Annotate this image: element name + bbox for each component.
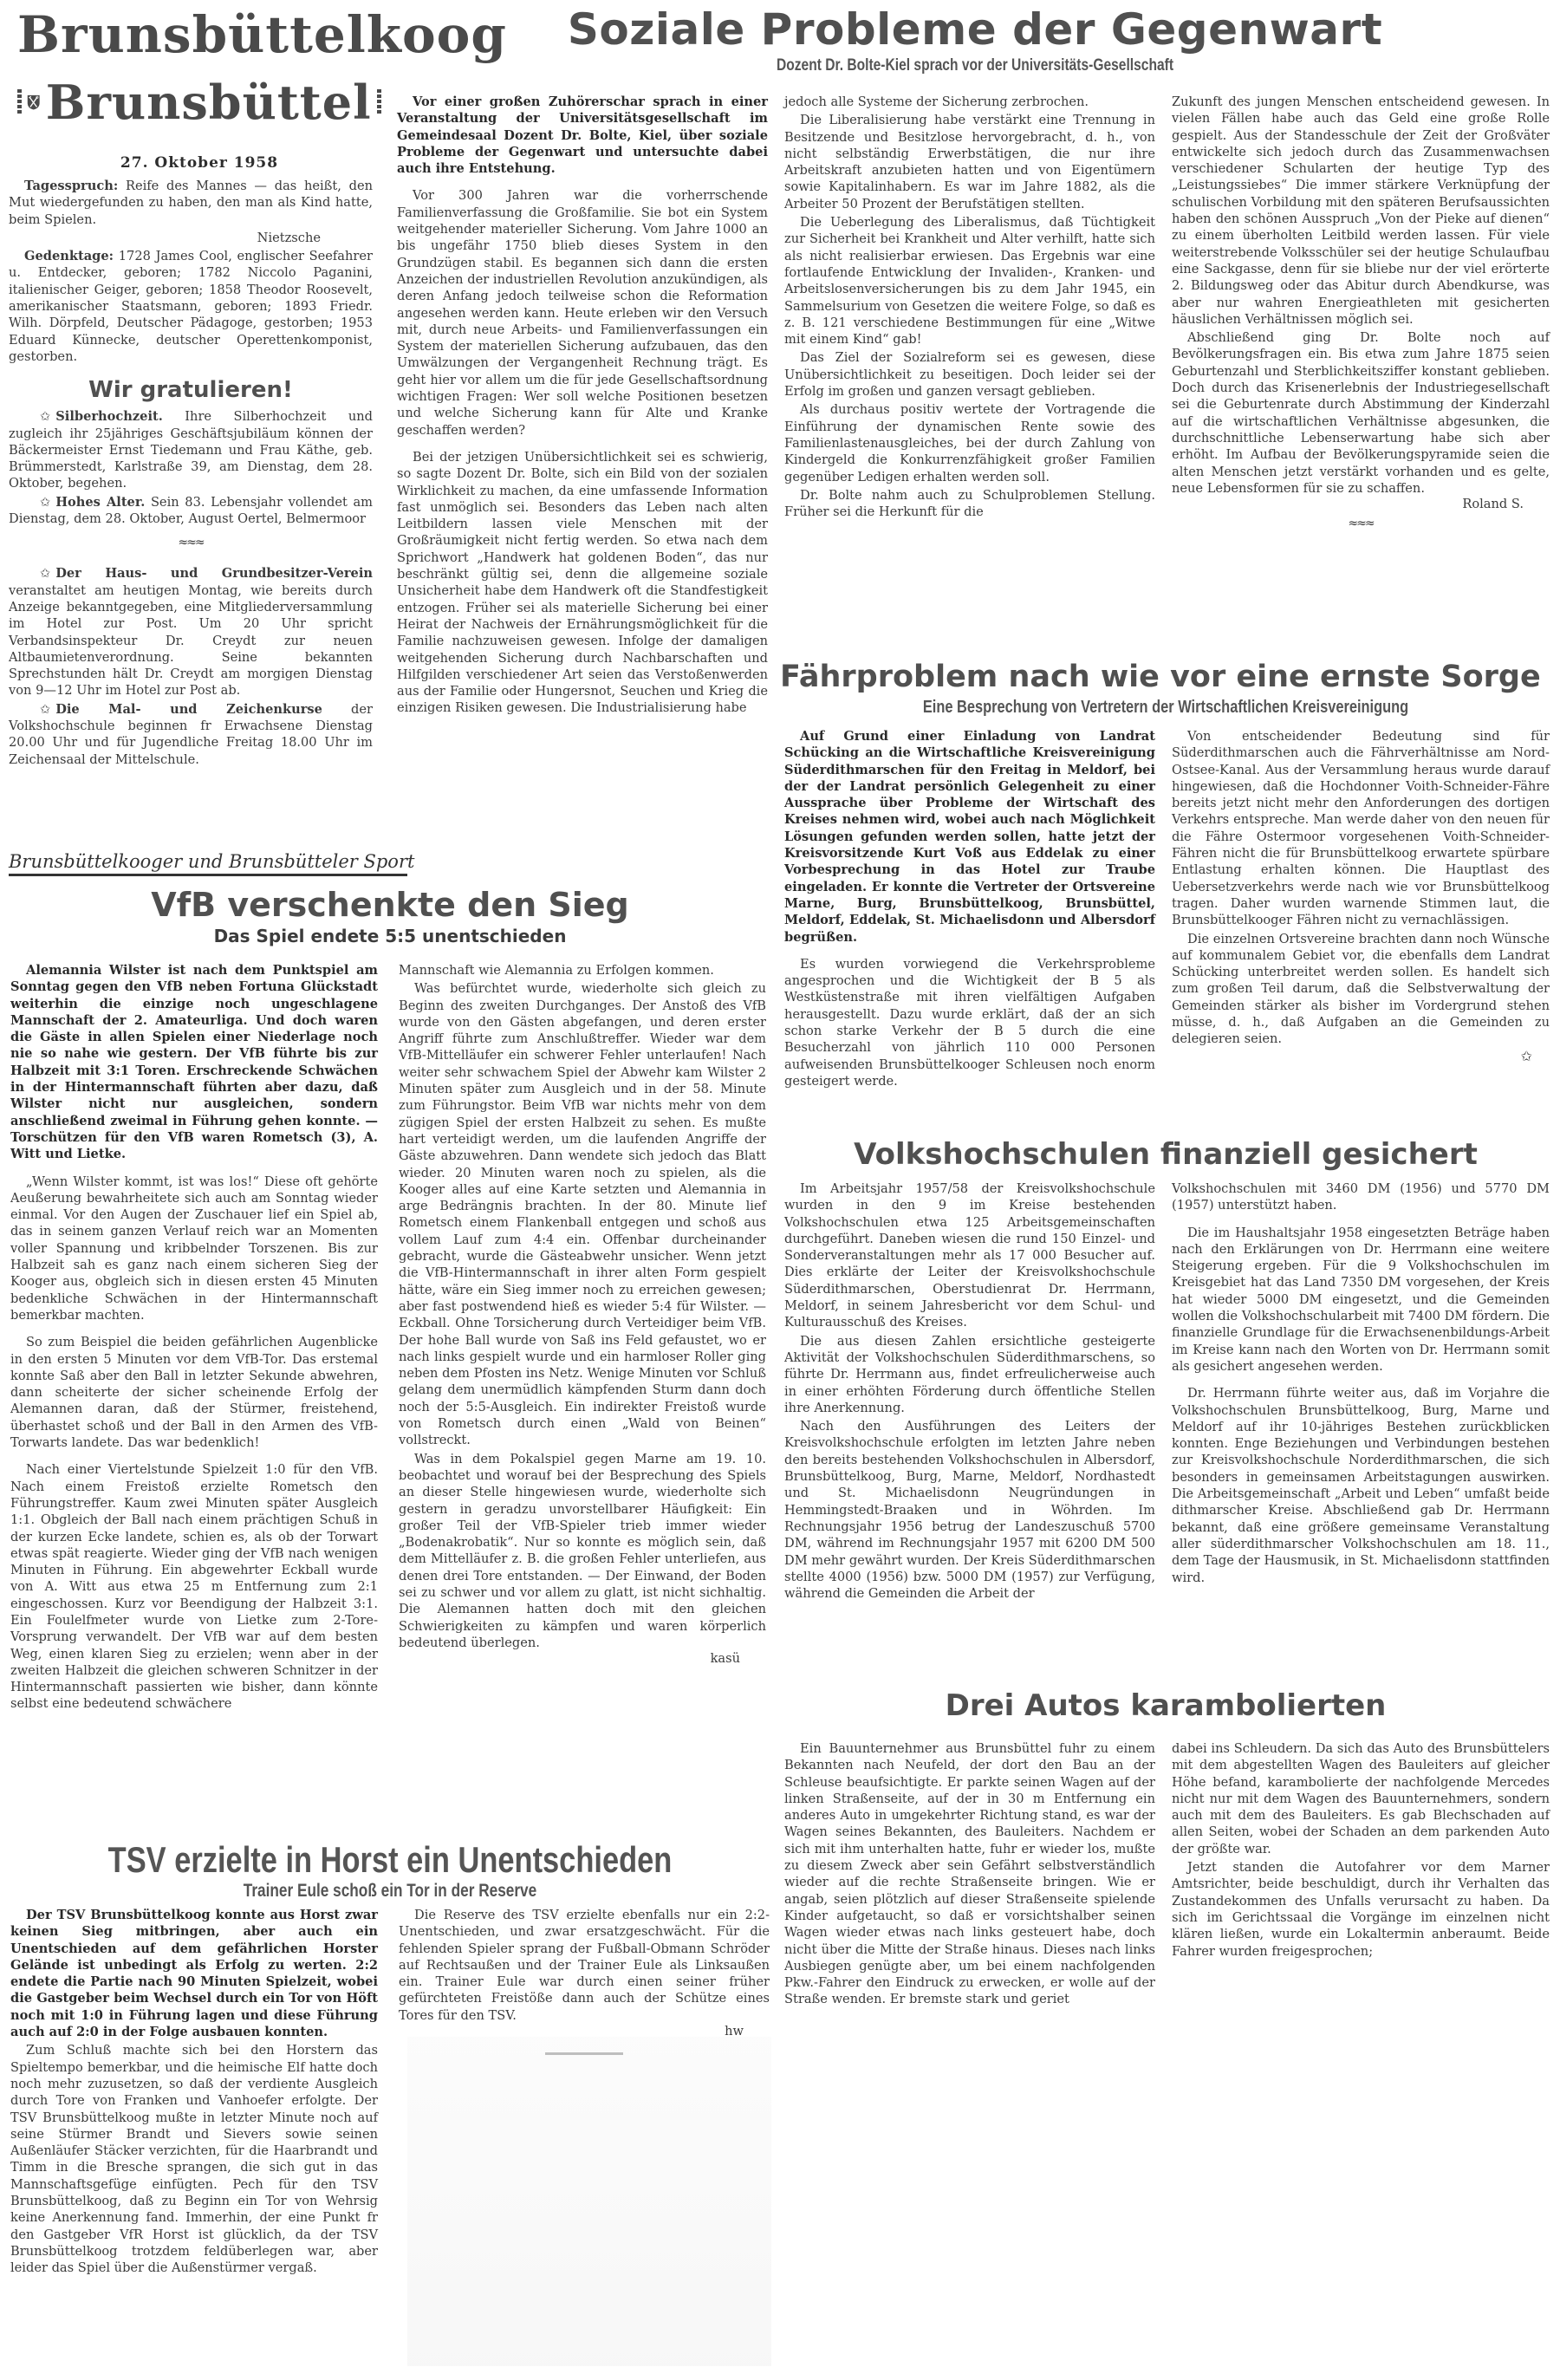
tsv-lead: Der TSV Brunsbüttelkoog konnte aus Horst… xyxy=(10,1907,378,2040)
gratulieren-heading: Wir gratulieren! xyxy=(9,377,373,403)
end-star-icon: ✩ xyxy=(1172,1048,1550,1064)
vfb-lead: Alemannia Wilster ist nach dem Punktspie… xyxy=(10,962,378,1163)
subheadline-soziale: Dozent Dr. Bolte-Kiel sprach vor der Uni… xyxy=(503,55,1448,76)
masthead-subtitle-row: Brunsbüttel xyxy=(17,62,381,142)
tsv-column-2: Die Reserve des TSV erzielte ebenfalls n… xyxy=(399,1907,770,2055)
tagesspruch-author: Nietzsche xyxy=(9,230,373,246)
star-icon: ✩ xyxy=(24,408,50,425)
subheadline-vfb: Das Spiel endete 5:5 unentschieden xyxy=(9,926,771,946)
masthead-title: Brunsbüttelkoog xyxy=(17,7,381,62)
vfb-column-2: Mannschaft wie Alemannia zu Erfolgen kom… xyxy=(399,962,766,1666)
faehr-lead: Auf Grund einer Einladung von Landrat Sc… xyxy=(784,728,1155,946)
notice-hausverein: ✩Der Haus- und Grundbesitzer-Verein vera… xyxy=(9,565,373,699)
tagesspruch: Tagesspruch: Reife des Mannes — das heiß… xyxy=(9,178,373,228)
soziale-column-3: Zukunft des jungen Menschen entscheidend… xyxy=(1172,94,1550,530)
star-icon: ✩ xyxy=(24,565,50,582)
autos-column-2: dabei ins Schleudern. Da sich das Auto d… xyxy=(1172,1740,1550,1960)
sidebar-column: Tagesspruch: Reife des Mannes — das heiß… xyxy=(9,178,373,768)
soziale-lead: Vor einer großen Zuhörerschar sprach in … xyxy=(397,94,768,177)
faehr-column-2: Von entscheidender Bedeutung sind für Sü… xyxy=(1172,728,1550,1064)
headline-vhs: Volkshochschulen finanziell gesichert xyxy=(780,1137,1551,1172)
subheadline-tsv: Trainer Eule schoß ein Tor in der Reserv… xyxy=(77,1881,703,1902)
headline-tsv: TSV erzielte in Horst ein Unentschieden xyxy=(77,1839,703,1881)
notice-silberhochzeit: ✩Silberhochzeit. Ihre Silberhochzeit und… xyxy=(9,408,373,491)
star-icon: ✩ xyxy=(24,494,50,510)
notice-hohes-alter: ✩Hohes Alter. Sein 83. Lebensjahr vollen… xyxy=(9,494,373,528)
faehr-column-1: Auf Grund einer Einladung von Landrat Sc… xyxy=(784,728,1155,1089)
byline-soziale: Roland S. xyxy=(1172,497,1550,511)
sport-section-header: Brunsbüttelkooger und Brunsbütteler Spor… xyxy=(9,851,407,876)
vhs-column-1: Im Arbeitsjahr 1957/58 der Kreisvolkshoc… xyxy=(784,1180,1155,1602)
vhs-column-2: Volkshochschulen mit 3460 DM (1956) und … xyxy=(1172,1180,1550,1586)
headline-soziale: Soziale Probleme der Gegenwart xyxy=(399,5,1551,54)
gedenktage: Gedenktage: 1728 James Cool, englischer … xyxy=(9,248,373,365)
vfb-column-1: Alemannia Wilster ist nach dem Punktspie… xyxy=(10,962,378,1713)
soziale-column-1: Vor einer großen Zuhörerschar sprach in … xyxy=(397,94,768,717)
masthead: Brunsbüttelkoog Brunsbüttel 27. Oktober … xyxy=(17,7,381,172)
notice-zeichenkurse: ✩Die Mal- und Zeichenkurse der Volkshoch… xyxy=(9,701,373,768)
ribbon-right-icon xyxy=(377,89,381,115)
masthead-town: Brunsbüttel xyxy=(46,76,372,128)
gedenktage-label: Gedenktage: xyxy=(24,249,114,263)
ribbon-left-icon xyxy=(17,89,22,115)
crest-anchor-shovel-icon xyxy=(27,62,40,142)
issue-date: 27. Oktober 1958 xyxy=(17,154,381,172)
headline-faehr: Fährproblem nach wie vor eine ernste Sor… xyxy=(780,659,1551,695)
ornament-divider-icon: ≈≈≈ xyxy=(9,536,373,549)
headline-vfb: VfB verschenkte den Sieg xyxy=(9,886,771,924)
tagesspruch-label: Tagesspruch: xyxy=(24,179,118,193)
star-icon: ✩ xyxy=(24,701,50,718)
soziale-column-2: jedoch alle Systeme der Sicherung zerbro… xyxy=(784,94,1155,520)
ornament-divider-icon: ≈≈≈ xyxy=(1172,517,1550,530)
subheadline-faehr: Eine Besprechung von Vertretern der Wirt… xyxy=(849,697,1482,718)
faded-ad-area xyxy=(407,2037,771,2366)
headline-autos: Drei Autos karambolierten xyxy=(780,1688,1551,1723)
tsv-column-1: Der TSV Brunsbüttelkoog konnte aus Horst… xyxy=(10,1907,378,2277)
autos-column-1: Ein Bauunternehmer aus Brunsbüttel fuhr … xyxy=(784,1740,1155,2008)
byline-vfb: kasü xyxy=(399,1651,766,1666)
